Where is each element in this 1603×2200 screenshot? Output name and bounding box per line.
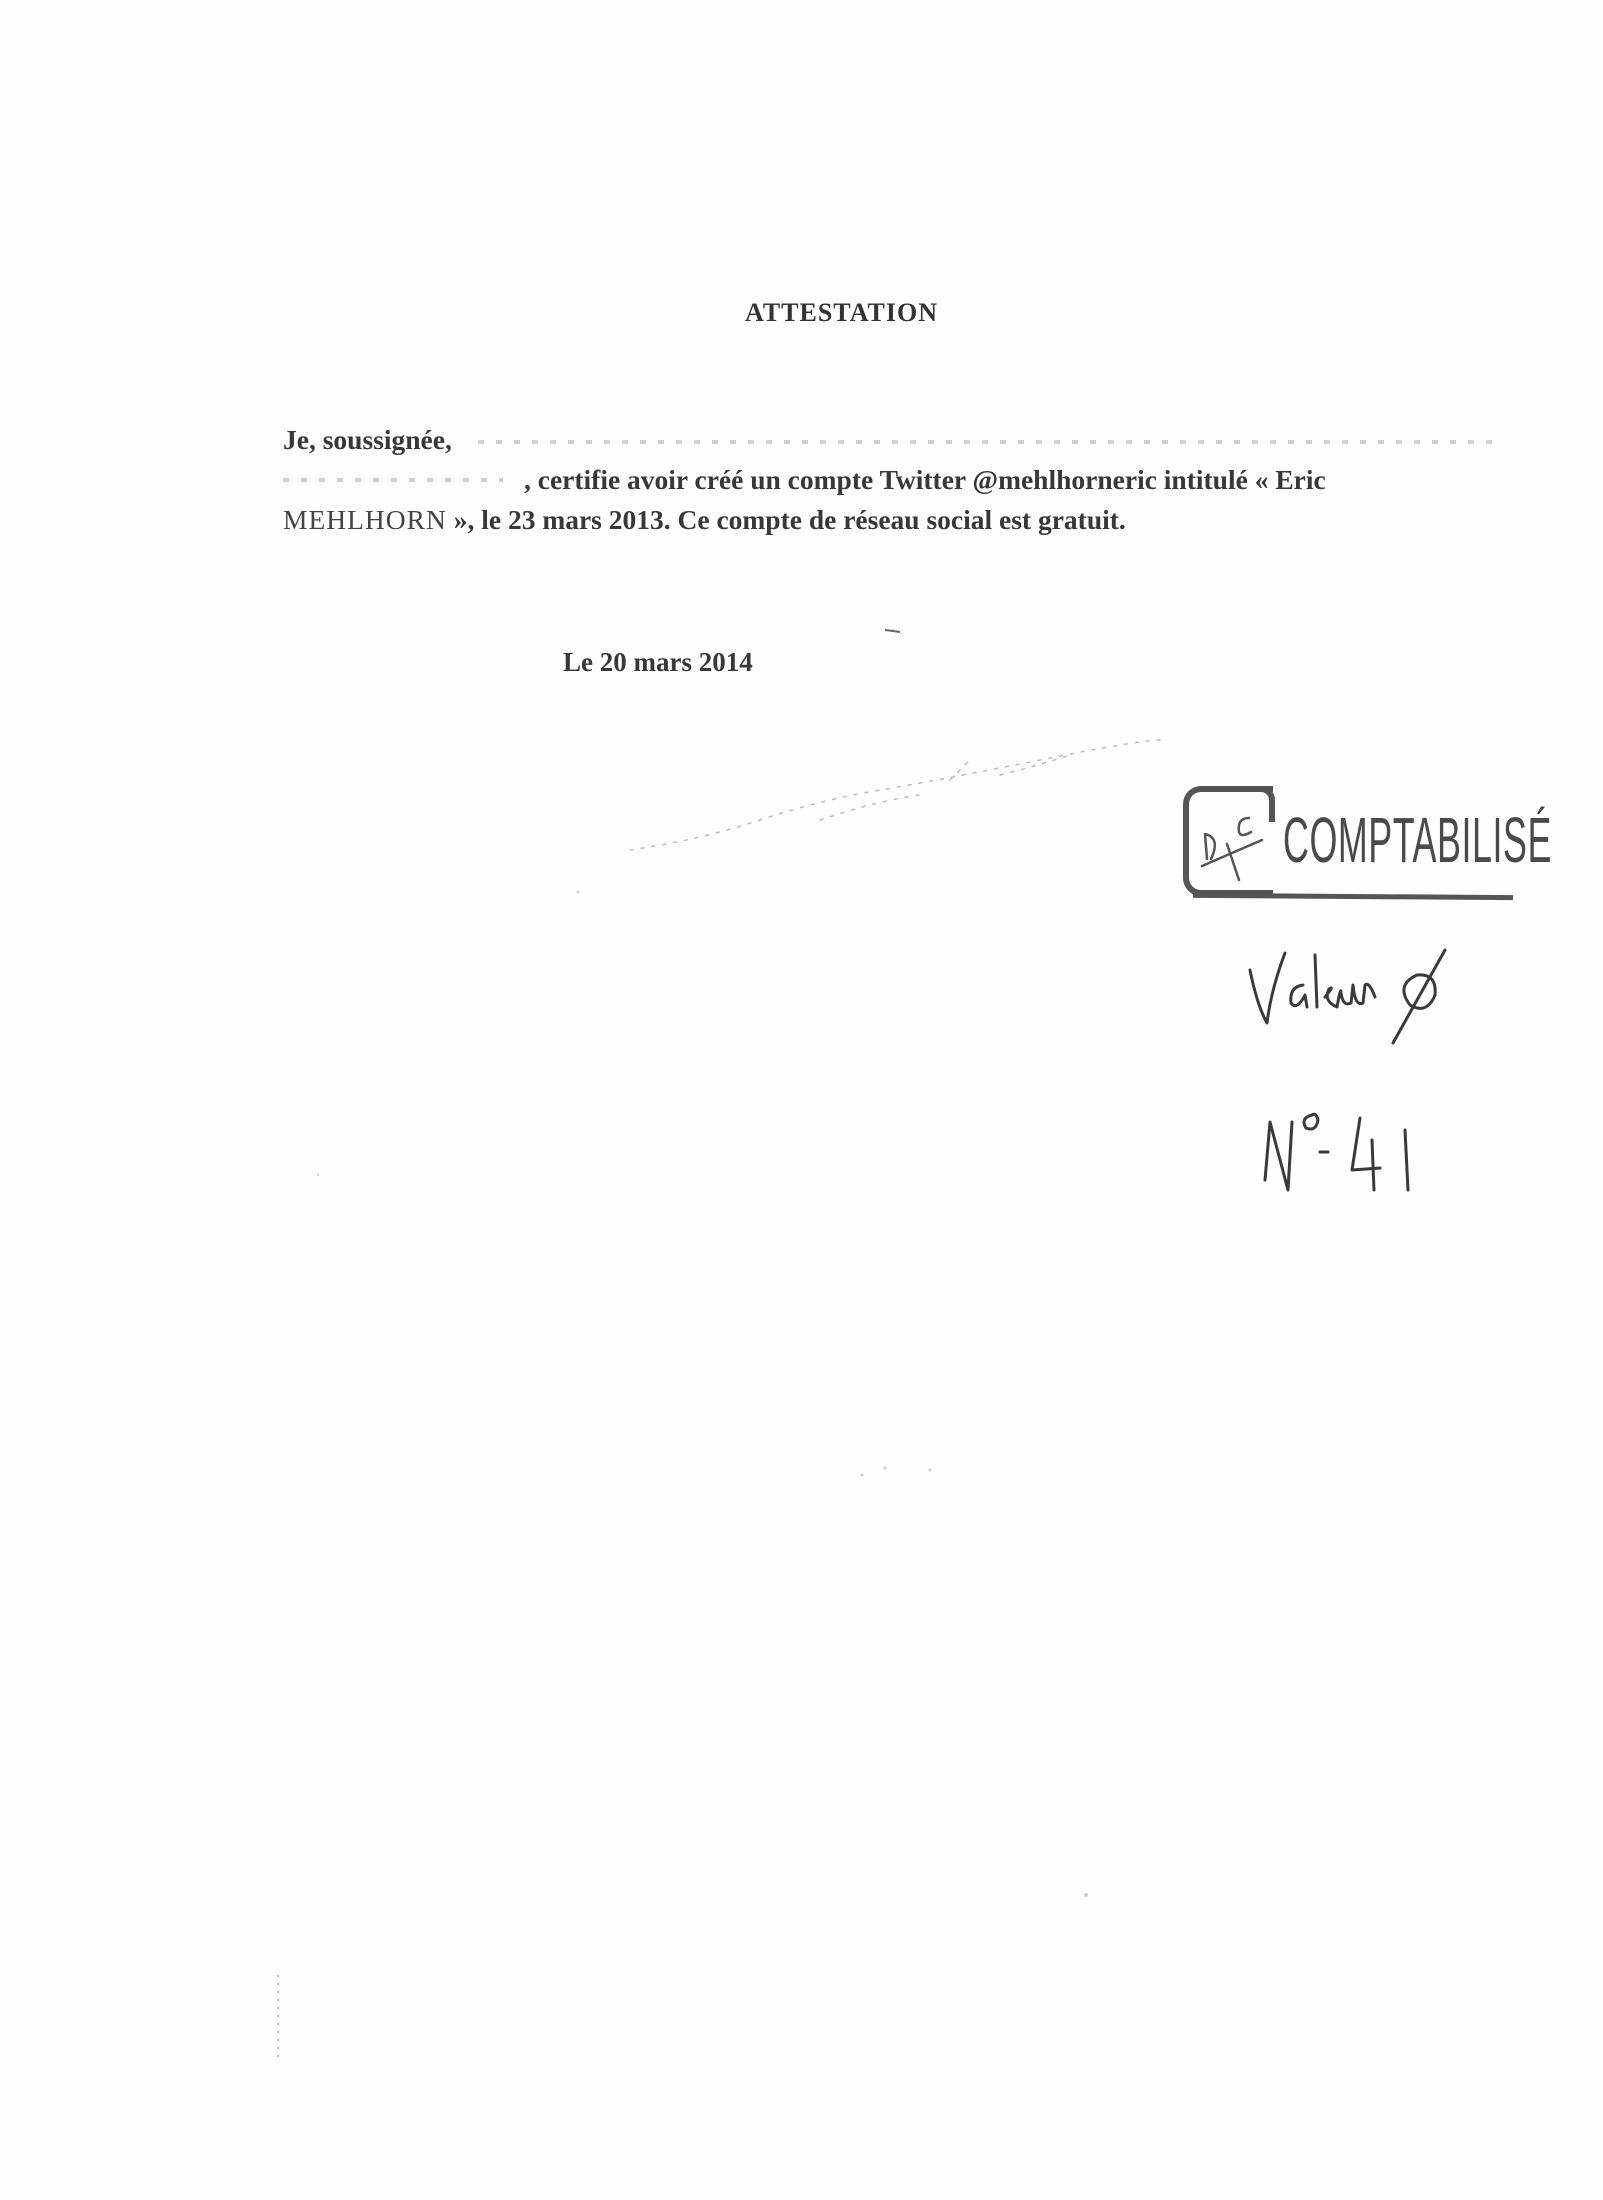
comptabilise-stamp: COMPTABILISÉ	[1183, 786, 1515, 910]
paragraph-line-3-rest: », le 23 mars 2013. Ce compte de réseau …	[447, 504, 1126, 535]
handwritten-valeur	[1245, 945, 1475, 1055]
scanned-page: ATTESTATION Je, soussignée, , certifie a…	[0, 0, 1603, 2200]
redacted-name-line-1	[478, 440, 1498, 444]
paragraph-line-2: , certifie avoir créé un compte Twitter …	[524, 464, 1326, 496]
handwritten-number	[1260, 1110, 1460, 1210]
stamp-label: COMPTABILISÉ	[1283, 800, 1552, 880]
date-line: Le 20 mars 2014	[563, 647, 753, 678]
paragraph-line-3: MEHLHORN », le 23 mars 2013. Ce compte d…	[283, 504, 1126, 536]
stamp-initials-icon	[1197, 804, 1267, 884]
scan-artifacts	[0, 0, 1603, 2200]
intro-text: Je, soussignée,	[283, 424, 452, 455]
paragraph-line-1: Je, soussignée,	[283, 424, 452, 456]
redacted-name-line-2	[283, 478, 503, 482]
account-name: MEHLHORN	[283, 504, 447, 535]
faint-signature	[620, 720, 1180, 860]
document-title: ATTESTATION	[0, 298, 1603, 328]
stamp-underline	[1193, 893, 1513, 900]
